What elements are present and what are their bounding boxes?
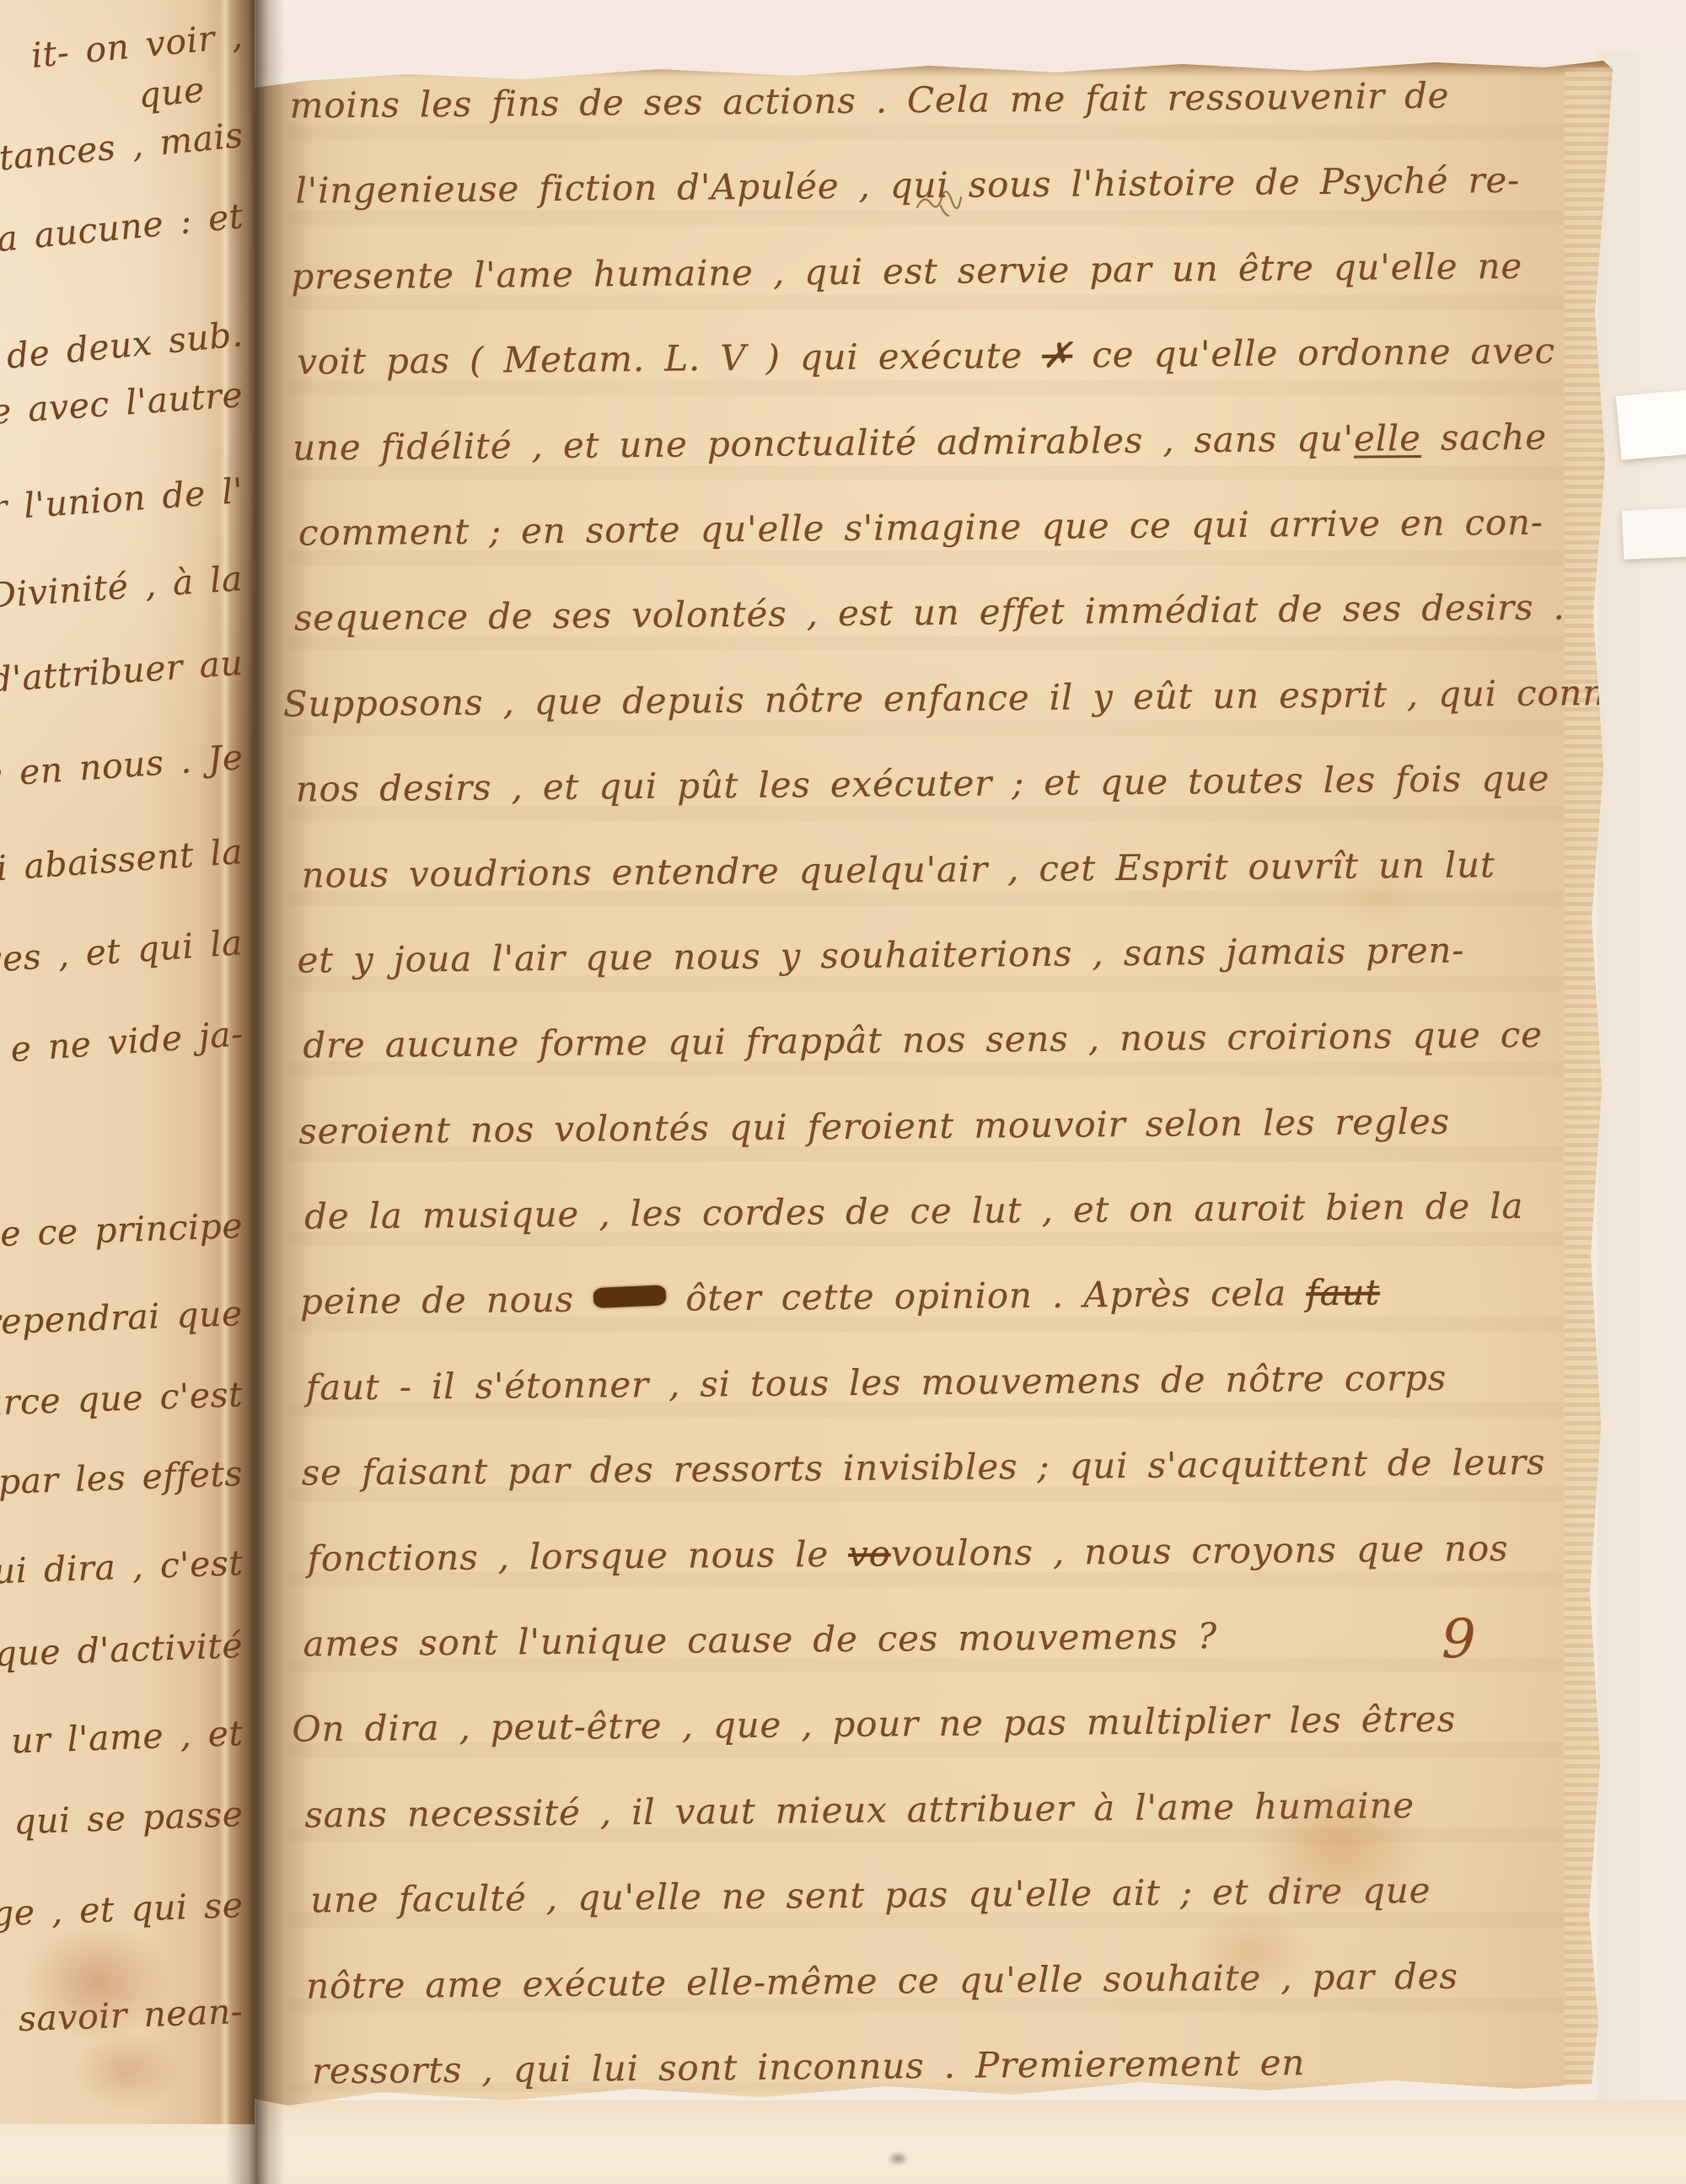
manuscript-line: une fidélité , et une ponctualité admira…: [293, 416, 1575, 512]
left-fragment: s d'attribuer au: [0, 642, 244, 703]
handwritten-text: substances , mais: [0, 115, 244, 186]
handwritten-text: ur l'ame , et: [10, 1713, 244, 1762]
handwritten-text: is savoir nean-: [0, 1991, 244, 2041]
handwritten-text: sache: [1421, 416, 1548, 458]
manuscript-line: nos desirs , et qui pût les exécuter ; e…: [295, 758, 1577, 855]
left-page-sliver: it- on voir , que substances , mais a au…: [0, 0, 255, 2124]
left-fragment: a ce qui se passe: [0, 1794, 244, 1845]
left-fragment: substances , mais: [0, 115, 244, 186]
handwritten-text: parce que c'est: [0, 1374, 244, 1425]
manuscript-line: presente l'ame humaine , qui est servie …: [291, 244, 1573, 341]
handwritten-text: deves , et qui la: [0, 922, 244, 984]
page-number: 9: [1442, 1608, 1476, 1671]
manuscript-line: une faculté , qu'elle ne sent pas qu'ell…: [310, 1868, 1592, 1965]
handwritten-text: ressorts , qui lui sont inconnus . Premi…: [312, 2042, 1306, 2091]
struck-text: vo: [848, 1532, 891, 1574]
left-fragment: qui dira , c'est: [0, 1543, 244, 1592]
left-fragment: que: [137, 69, 207, 115]
handwritten-text: e ne vide ja-: [9, 1013, 244, 1070]
handwritten-text: rependrai que: [0, 1293, 244, 1343]
left-fragment: rependrai que: [0, 1293, 244, 1343]
manuscript-text-block: moins les fins de ses actions . Cela me …: [289, 73, 1588, 2136]
manuscript-line: faut - il s'étonner , si tous les mouvem…: [306, 1355, 1588, 1452]
handwritten-text: que: [137, 69, 207, 115]
handwritten-text: qui abaissent la: [0, 831, 244, 892]
scan-background-top: [236, 0, 1686, 72]
handwritten-text: ames sont l'unique cause de ces mouvemen…: [303, 1615, 1217, 1664]
bookmark-tab: [1616, 389, 1686, 460]
interlinear-insertion-mark: [914, 184, 969, 221]
handwritten-text: voulons , nous croyons que nos: [891, 1527, 1509, 1574]
handwritten-text: nique d'activité: [0, 1625, 244, 1676]
handwritten-text: s d'attribuer au: [0, 642, 244, 703]
struck-text: faut: [1306, 1272, 1380, 1314]
manuscript-line: peine de nous ôter cette opinion . Après…: [300, 1270, 1582, 1367]
manuscript-line: de la musique , les cordes de ce lut , e…: [304, 1184, 1587, 1281]
manuscript-line: sequence de ses volontés , est un effet …: [294, 587, 1576, 684]
left-fragment: nique d'activité: [0, 1625, 244, 1676]
handwritten-text: peine de nous: [300, 1279, 593, 1323]
handwritten-text: faut - il s'étonner , si tous les mouvem…: [306, 1357, 1447, 1409]
binding-gutter-shadow: [226, 0, 285, 2184]
manuscript-photo: it- on voir , que substances , mais a au…: [0, 0, 1686, 2184]
stain: [72, 2030, 182, 2111]
handwritten-text: par les effets: [0, 1453, 244, 1502]
handwritten-text: me de deux sub.: [0, 314, 244, 384]
manuscript-line: se faisant par des ressorts invisibles ;…: [302, 1441, 1584, 1538]
manuscript-line: Supposons , que depuis nôtre enfance il …: [283, 672, 1582, 769]
manuscript-page: moins les fins de ses actions . Cela me …: [255, 59, 1614, 2126]
manuscript-line: ames sont l'unique cause de ces mouvemen…: [303, 1612, 1585, 1709]
manuscript-line: dre aucune forme qui frappât nos sens , …: [303, 1014, 1585, 1111]
handwritten-text: ce qu'elle ordonne avec: [1072, 330, 1555, 376]
manuscript-line: seroient nos volontés qui feroient mouvo…: [298, 1099, 1581, 1196]
manuscript-line: On dira , peut-être , que , pour ne pas …: [292, 1698, 1591, 1795]
scan-background-right: [1597, 51, 1686, 2116]
handwritten-text: fonctions , lorsque nous le: [307, 1533, 848, 1580]
handwritten-text: it- on voir ,: [30, 15, 244, 76]
left-fragment: ur l'ame , et: [10, 1713, 244, 1762]
handwritten-text: a ce qui se passe: [0, 1794, 244, 1845]
manuscript-line: comment ; en sorte qu'elle s'imagine que…: [298, 501, 1581, 598]
handwritten-text: l'une avec l'autre: [0, 374, 244, 437]
left-fragment: tis par les effets: [0, 1453, 244, 1505]
manuscript-line: nôtre ame exécute elle-même ce qu'elle s…: [306, 1954, 1588, 2051]
bookmark-tab: [1622, 507, 1686, 560]
left-fragment: parce que c'est: [0, 1374, 244, 1425]
handwritten-text: voit pas ( Metam. L. V ) qui exécute: [297, 335, 1042, 383]
left-fragment: is savoir nean-: [0, 1991, 244, 2041]
handwritten-text: ôter cette opinion . Après cela: [666, 1273, 1307, 1320]
handwritten-text: a Divinité , à la: [0, 558, 244, 619]
handwritten-text: tre en nous . Je: [0, 737, 244, 797]
handwritten-text: a aucune : et: [0, 196, 244, 260]
left-fragment: e de ce principe: [0, 1205, 244, 1257]
handwritten-text: nage , et qui se: [0, 1885, 244, 1935]
handwritten-text: qui dira , c'est: [0, 1543, 244, 1592]
underlined-text: elle: [1354, 417, 1421, 459]
manuscript-line: moins les fins de ses actions . Cela me …: [289, 73, 1571, 170]
left-fragment: e ne vide ja-: [9, 1013, 244, 1070]
struck-text: ✗: [1042, 335, 1072, 376]
manuscript-line: fonctions , lorsque nous le vovoulons , …: [307, 1527, 1589, 1623]
handwritten-text: une faculté , qu'elle ne sent pas qu'ell…: [310, 1870, 1431, 1921]
manuscript-line: nous voudrions entendre quelqu'air , cet…: [301, 843, 1583, 940]
left-fragment: nage , et qui se: [0, 1885, 244, 1935]
left-fragment: r l'union de l': [0, 470, 244, 529]
ink-blot: [593, 1285, 667, 1309]
handwritten-text: r l'union de l': [0, 470, 244, 529]
left-fragment: deves , et qui la: [0, 922, 244, 984]
left-fragment: qui abaissent la: [0, 831, 244, 892]
left-fragment: a Divinité , à la: [0, 558, 244, 619]
left-fragment: it- on voir ,: [30, 15, 244, 76]
manuscript-line: et y joua l'air que nous y souhaiterions…: [297, 928, 1579, 1025]
left-fragment: tre en nous . Je: [0, 737, 244, 797]
manuscript-line: sans necessité , il vaut mieux attribuer…: [304, 1783, 1587, 1880]
handwritten-text: e de ce principe: [0, 1205, 244, 1257]
left-fragment: a aucune : et: [0, 196, 244, 260]
left-fragment: l'une avec l'autre: [0, 374, 244, 437]
left-fragment: me de deux sub.: [0, 314, 244, 384]
manuscript-line: voit pas ( Metam. L. V ) qui exécute ✗ c…: [297, 330, 1579, 427]
